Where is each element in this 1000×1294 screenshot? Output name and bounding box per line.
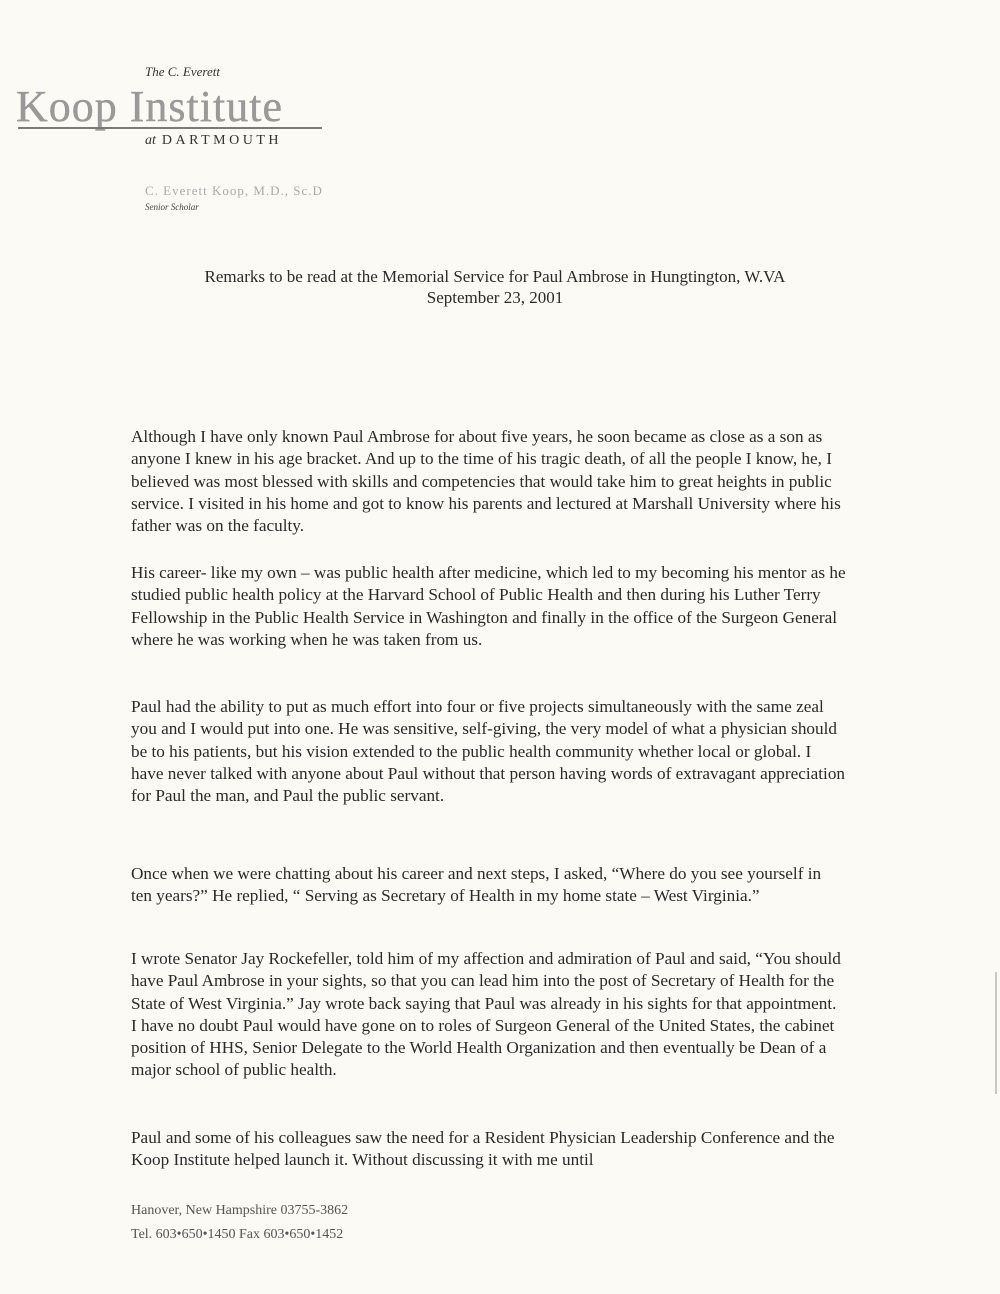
paragraph-5: I wrote Senator Jay Rockefeller, told hi… <box>131 948 846 1082</box>
paragraph-1: Although I have only known Paul Ambrose … <box>131 426 846 537</box>
letterhead-institution: atDARTMOUTH <box>145 133 282 149</box>
paragraph-text: I wrote Senator Jay Rockefeller, told hi… <box>131 948 846 1082</box>
paragraph-2: His career- like my own – was public hea… <box>131 562 846 651</box>
paragraph-text: Once when we were chatting about his car… <box>131 863 846 908</box>
letterhead-prefix: The C. Everett <box>145 64 220 80</box>
footer-phone: Tel. 603•650•1450 Fax 603•650•1452 <box>131 1227 343 1243</box>
scan-margin-mark <box>995 972 997 1094</box>
paragraph-text: Although I have only known Paul Ambrose … <box>131 426 846 537</box>
paragraph-text: His career- like my own – was public hea… <box>131 562 846 651</box>
document-title: Remarks to be read at the Memorial Servi… <box>100 266 890 288</box>
letterhead-rule <box>18 127 322 129</box>
paragraph-text: Paul had the ability to put as much effo… <box>131 696 846 807</box>
letterhead-dartmouth: DARTMOUTH <box>162 133 282 148</box>
document-date: September 23, 2001 <box>100 287 890 309</box>
paragraph-text: Paul and some of his colleagues saw the … <box>131 1127 846 1172</box>
letterhead-role: Senior Scholar <box>145 202 199 212</box>
letterhead-institute-name: Koop Institute <box>16 82 283 132</box>
footer-address: Hanover, New Hampshire 03755-3862 <box>131 1203 348 1219</box>
letter-page: The C. Everett Koop Institute atDARTMOUT… <box>0 0 1000 1294</box>
letterhead-person: C. Everett Koop, M.D., Sc.D <box>145 183 323 199</box>
paragraph-3: Paul had the ability to put as much effo… <box>131 696 846 807</box>
paragraph-6: Paul and some of his colleagues saw the … <box>131 1127 846 1172</box>
paragraph-4: Once when we were chatting about his car… <box>131 863 846 908</box>
letterhead-at: at <box>145 133 156 148</box>
